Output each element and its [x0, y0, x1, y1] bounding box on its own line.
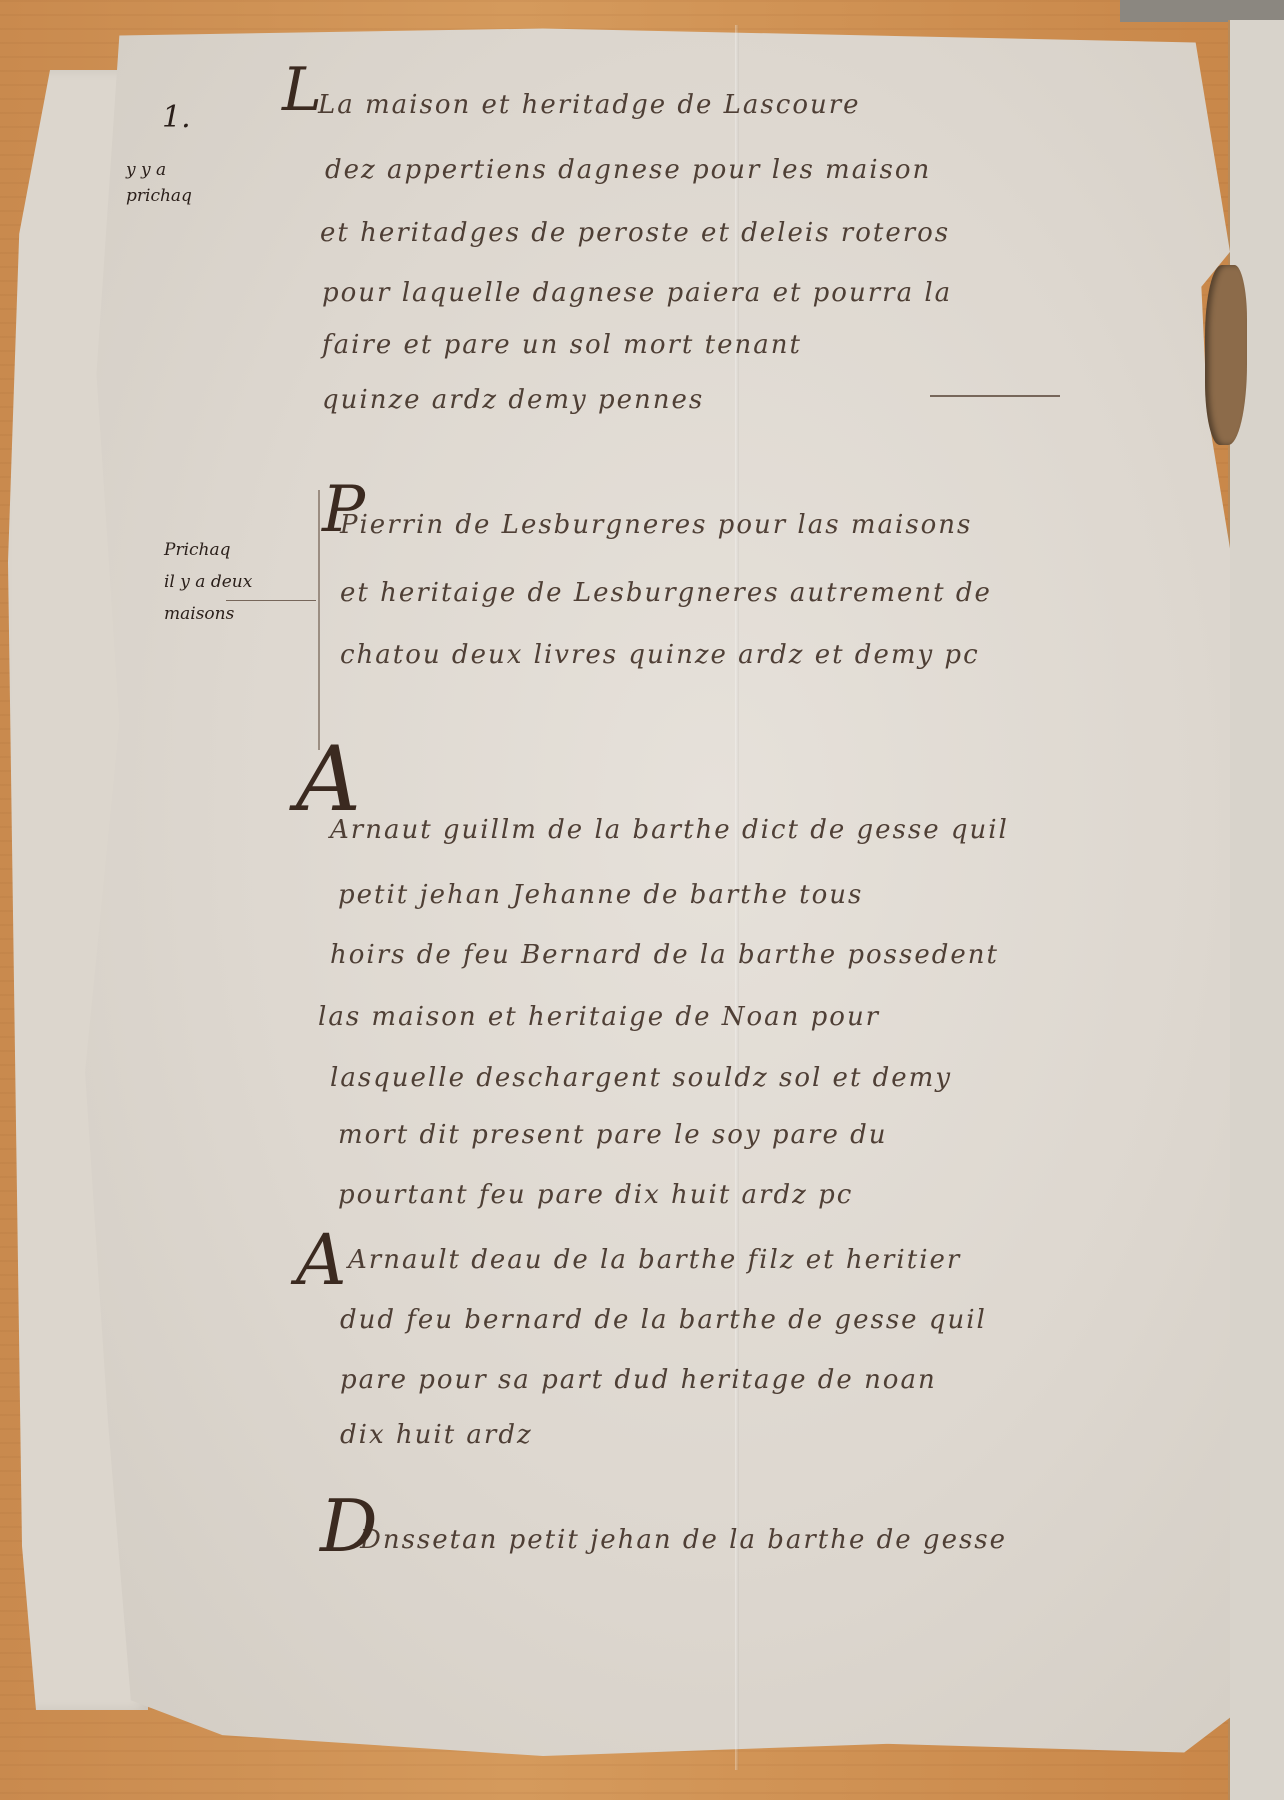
- entry-3-line-6: mort dit present pare le soy pare du: [338, 1120, 888, 1150]
- entry-1-closing-rule: [930, 395, 1060, 397]
- page-number-mark: 1.: [162, 100, 191, 135]
- margin-note-middle-line-2: il y a deux: [164, 572, 252, 592]
- entry-2-line-1: Pierrin de Lesburgneres pour las maisons: [340, 510, 972, 540]
- entry-3-line-5: lasquelle deschargent souldz sol et demy: [330, 1063, 952, 1093]
- entry-4-initial: A: [296, 1225, 347, 1295]
- object-corner: [1120, 0, 1284, 22]
- entry-2-line-2: et heritaige de Lesburgneres autrement d…: [340, 578, 992, 608]
- margin-note-underline: [226, 600, 316, 601]
- entry-4-line-2: dud feu bernard de la barthe de gesse qu…: [340, 1305, 987, 1335]
- entry-3-initial: A: [296, 735, 361, 825]
- margin-note-top-line-1: y y a: [126, 160, 166, 180]
- entry-3-line-1: Arnaut guillm de la barthe dict de gesse…: [330, 815, 1009, 845]
- entry-1-line-3: et heritadges de peroste et deleis roter…: [320, 218, 950, 248]
- entry-2-line-3: chatou deux livres quinze ardz et demy p…: [340, 640, 980, 670]
- entry-4-line-3: pare pour sa part dud heritage de noan: [340, 1365, 937, 1395]
- entry-1-line-5: faire et pare un sol mort tenant: [322, 330, 802, 360]
- entry-3-line-2: petit jehan Jehanne de barthe tous: [338, 880, 863, 910]
- margin-note-middle-line-3: maisons: [164, 604, 234, 624]
- margin-note-middle-line-1: Prichaq: [164, 540, 231, 560]
- entry-1-line-2: dez appertiens dagnese pour les maison: [325, 155, 931, 185]
- entry-1-initial: L: [282, 60, 322, 120]
- entry-3-line-3: hoirs de feu Bernard de la barthe possed…: [330, 940, 999, 970]
- entry-4-line-4: dix huit ardz: [340, 1420, 533, 1450]
- paper-damage-hole: [1205, 265, 1247, 445]
- entry-1-line-6: quinze ardz demy pennes: [322, 385, 704, 415]
- margin-note-top-line-2: prichaq: [126, 186, 192, 206]
- entry-3-line-4: las maison et heritaige de Noan pour: [318, 1002, 880, 1032]
- entry-bracket-line: [318, 490, 320, 750]
- entry-1-line-1: La maison et heritadge de Lascoure: [318, 90, 861, 120]
- entry-5-line-1: Dnssetan petit jehan de la barthe de ges…: [360, 1525, 1007, 1555]
- entry-3-line-7: pourtant feu pare dix huit ardz pc: [338, 1180, 853, 1210]
- entry-4-line-1: Arnault deau de la barthe filz et heriti…: [348, 1245, 961, 1275]
- entry-1-line-4: pour laquelle dagnese paiera et pourra l…: [322, 278, 952, 308]
